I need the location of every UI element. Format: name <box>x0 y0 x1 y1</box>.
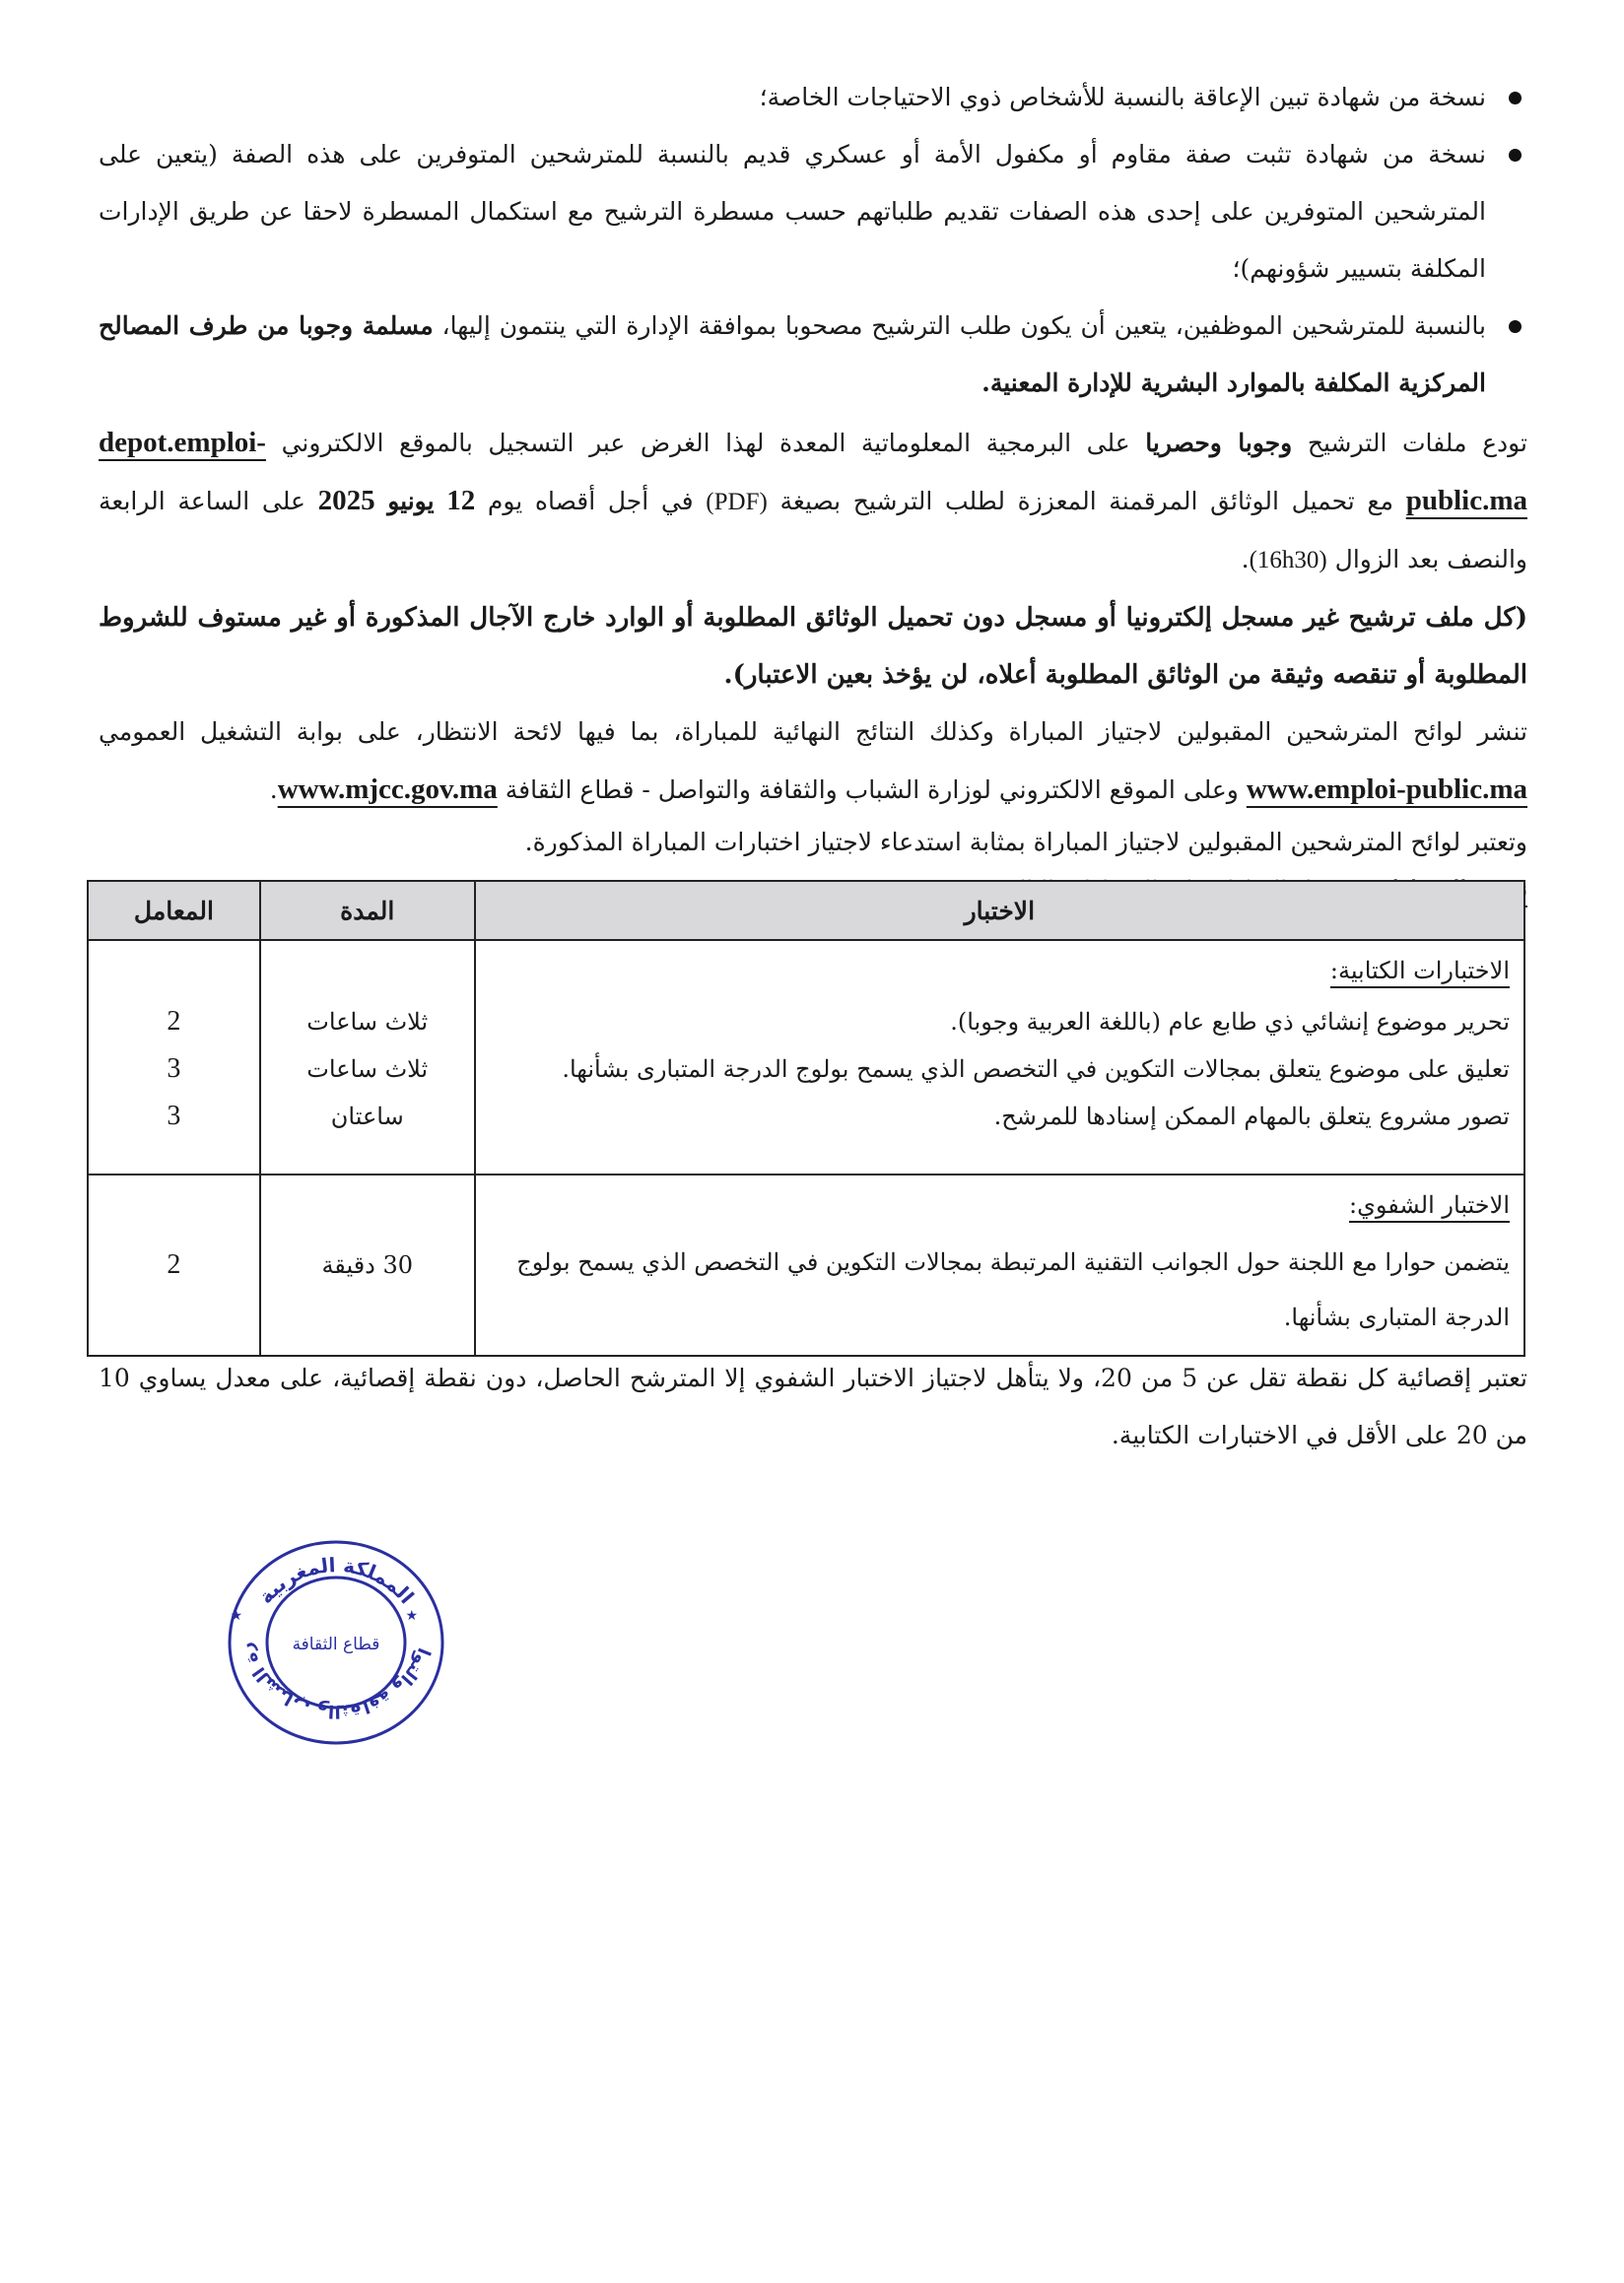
publication-text: وعلى الموقع الالكتروني لوزارة الشباب وال… <box>498 775 1247 804</box>
submission-text: على البرمجية المعلوماتية المعدة لهذا الغ… <box>266 429 1145 457</box>
submission-emphasis: وجوبا وحصريا <box>1145 429 1292 457</box>
punctuation: . <box>270 775 278 804</box>
svg-text:★: ★ <box>405 1608 418 1624</box>
written-test-1: تحرير موضوع إنشائي ذي طابع عام (باللغة ا… <box>490 998 1510 1045</box>
deadline-day: 12 <box>446 485 475 516</box>
deadline-time: (16h30) <box>1250 547 1327 573</box>
exams-table: الاختبار المدة المعامل الاختبارات الكتاب… <box>87 880 1525 1357</box>
oral-coefficient: 2 <box>88 1175 260 1356</box>
mjcc-link[interactable]: www.mjcc.gov.ma <box>278 773 498 805</box>
table-row-written: الاختبارات الكتابية: تحرير موضوع إنشائي … <box>88 940 1524 1175</box>
table-header-row: الاختبار المدة المعامل <box>88 881 1524 940</box>
required-documents-list: نسخة من شهادة تبين الإعاقة بالنسبة للأشخ… <box>99 69 1527 412</box>
written-coefficients-cell: 2 3 3 <box>88 940 260 1175</box>
bullet-text: بالنسبة للمترشحين الموظفين، يتعين أن يكو… <box>434 311 1486 340</box>
elimination-note: تعتبر إقصائية كل نقطة تقل عن 5 من 20، ول… <box>99 1350 1527 1464</box>
publication-text: تنشر لوائح المترشحين المقبولين لاجتياز ا… <box>99 717 1527 746</box>
svg-text:★: ★ <box>230 1608 242 1624</box>
written-test-2: تعليق على موضوع يتعلق بمجالات التكوين في… <box>490 1045 1510 1093</box>
oral-test: يتضمن حوارا مع اللجنة حول الجوانب التقني… <box>490 1235 1510 1345</box>
deadline-month: يونيو <box>387 487 434 515</box>
svg-text:قطاع الثقافة: قطاع الثقافة <box>293 1635 380 1654</box>
bullet-text: نسخة من شهادة تثبت صفة مقاوم أو مكفول ال… <box>99 140 1486 283</box>
written-title: الاختبارات الكتابية: <box>490 947 1510 994</box>
rejection-notice: (كل ملف ترشيح غير مسجل إلكترونيا أو مسجل… <box>99 589 1527 704</box>
header-duration: المدة <box>260 881 475 940</box>
duration-1: ثلاث ساعات <box>261 998 474 1045</box>
duration-2: ثلاث ساعات <box>261 1045 474 1093</box>
punctuation: . <box>1242 545 1250 573</box>
written-test-3: تصور مشروع يتعلق بالمهام الممكن إسنادها … <box>490 1093 1510 1140</box>
coefficient-2: 3 <box>89 1045 259 1093</box>
coefficient-3: 3 <box>89 1093 259 1140</box>
bullet-icon <box>1509 149 1522 162</box>
written-tests-cell: الاختبارات الكتابية: تحرير موضوع إنشائي … <box>475 940 1524 1175</box>
oral-test-cell: الاختبار الشفوي: يتضمن حوارا مع اللجنة ح… <box>475 1175 1524 1356</box>
coefficient-1: 2 <box>89 998 259 1045</box>
document-page: نسخة من شهادة تبين الإعاقة بالنسبة للأشخ… <box>99 69 1527 911</box>
convocation-note: وتعتبر لوائح المترشحين المقبولين لاجتياز… <box>99 819 1527 866</box>
svg-text:المملكة المغربية: المملكة المغربية <box>253 1553 419 1608</box>
oral-duration: 30 دقيقة <box>260 1175 475 1356</box>
submission-text: مع تحميل الوثائق المرقمنة المعززة لطلب ا… <box>768 487 1406 515</box>
deadline-year: 2025 <box>318 485 375 516</box>
list-item: نسخة من شهادة تثبت صفة مقاوم أو مكفول ال… <box>99 126 1527 298</box>
file-format: (PDF) <box>706 489 768 515</box>
submission-text: تودع ملفات الترشيح <box>1292 429 1527 457</box>
header-coefficient: المعامل <box>88 881 260 940</box>
publication-paragraph: تنشر لوائح المترشحين المقبولين لاجتياز ا… <box>99 704 1527 819</box>
table-row-oral: الاختبار الشفوي: يتضمن حوارا مع اللجنة ح… <box>88 1175 1524 1356</box>
oral-title: الاختبار الشفوي: <box>490 1181 1510 1229</box>
ministry-stamp: المملكة المغربية وزارة الشباب والثقافة و… <box>213 1529 459 1756</box>
bullet-icon <box>1509 320 1522 333</box>
list-item: نسخة من شهادة تبين الإعاقة بالنسبة للأشخ… <box>99 69 1527 126</box>
duration-3: ساعتان <box>261 1093 474 1140</box>
submission-paragraph: تودع ملفات الترشيح وجوبا وحصريا على البر… <box>99 414 1527 589</box>
bullet-text: نسخة من شهادة تبين الإعاقة بالنسبة للأشخ… <box>760 83 1486 111</box>
list-item: بالنسبة للمترشحين الموظفين، يتعين أن يكو… <box>99 298 1527 412</box>
header-test: الاختبار <box>475 881 1524 940</box>
submission-text: في أجل أقصاه يوم <box>475 487 706 515</box>
bullet-icon <box>1509 92 1522 104</box>
emploi-public-link[interactable]: www.emploi-public.ma <box>1247 773 1527 805</box>
written-durations-cell: ثلاث ساعات ثلاث ساعات ساعتان <box>260 940 475 1175</box>
seal-icon: المملكة المغربية وزارة الشباب والثقافة و… <box>213 1529 459 1756</box>
